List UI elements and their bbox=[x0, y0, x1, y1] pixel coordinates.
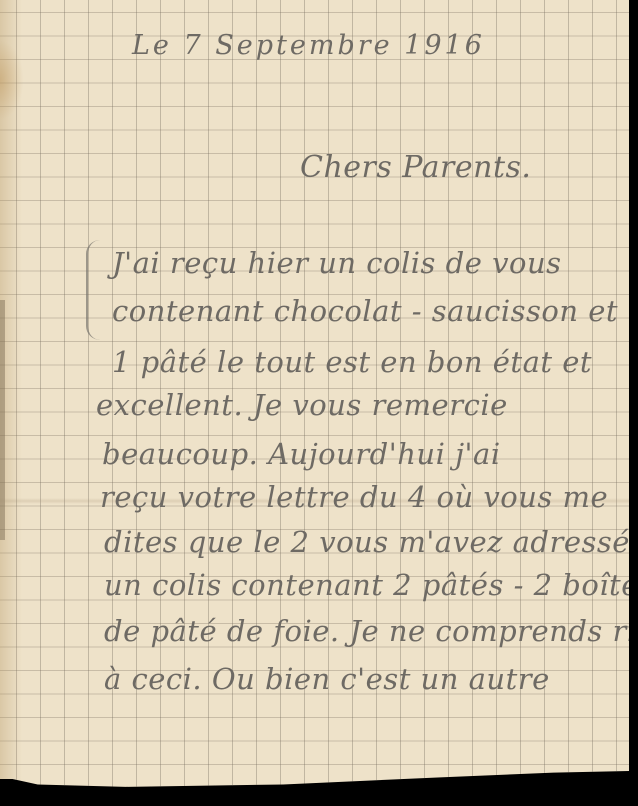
paper-fold-shadow bbox=[0, 300, 5, 540]
letter-line: à ceci. Ou bien c'est un autre bbox=[104, 662, 550, 696]
initial-letter-flourish bbox=[86, 240, 112, 340]
letter-line: un colis contenant 2 pâtés - 2 boîtes bbox=[104, 568, 638, 602]
letter-line: excellent. Je vous remercie bbox=[96, 388, 508, 422]
paper-corner-stain bbox=[0, 40, 24, 120]
letter-line: de pâté de foie. Je ne comprends rien bbox=[104, 614, 638, 648]
letter-line: 1 pâté le tout est en bon état et bbox=[112, 345, 592, 379]
letter-salutation: Chers Parents. bbox=[300, 150, 531, 185]
letter-line: contenant chocolat - saucisson et bbox=[112, 294, 618, 328]
letter-line: dites que le 2 vous m'avez adressé bbox=[104, 525, 630, 559]
grid-paper-sheet: Le 7 Septembre 1916 Chers Parents. J'ai … bbox=[0, 0, 629, 790]
letter-line: beaucoup. Aujourd'hui j'ai bbox=[102, 437, 501, 471]
letter-line: J'ai reçu hier un colis de vous bbox=[112, 246, 562, 280]
letter-date: Le 7 Septembre 1916 bbox=[132, 30, 485, 61]
letter-line: reçu votre lettre du 4 où vous me bbox=[100, 480, 608, 514]
